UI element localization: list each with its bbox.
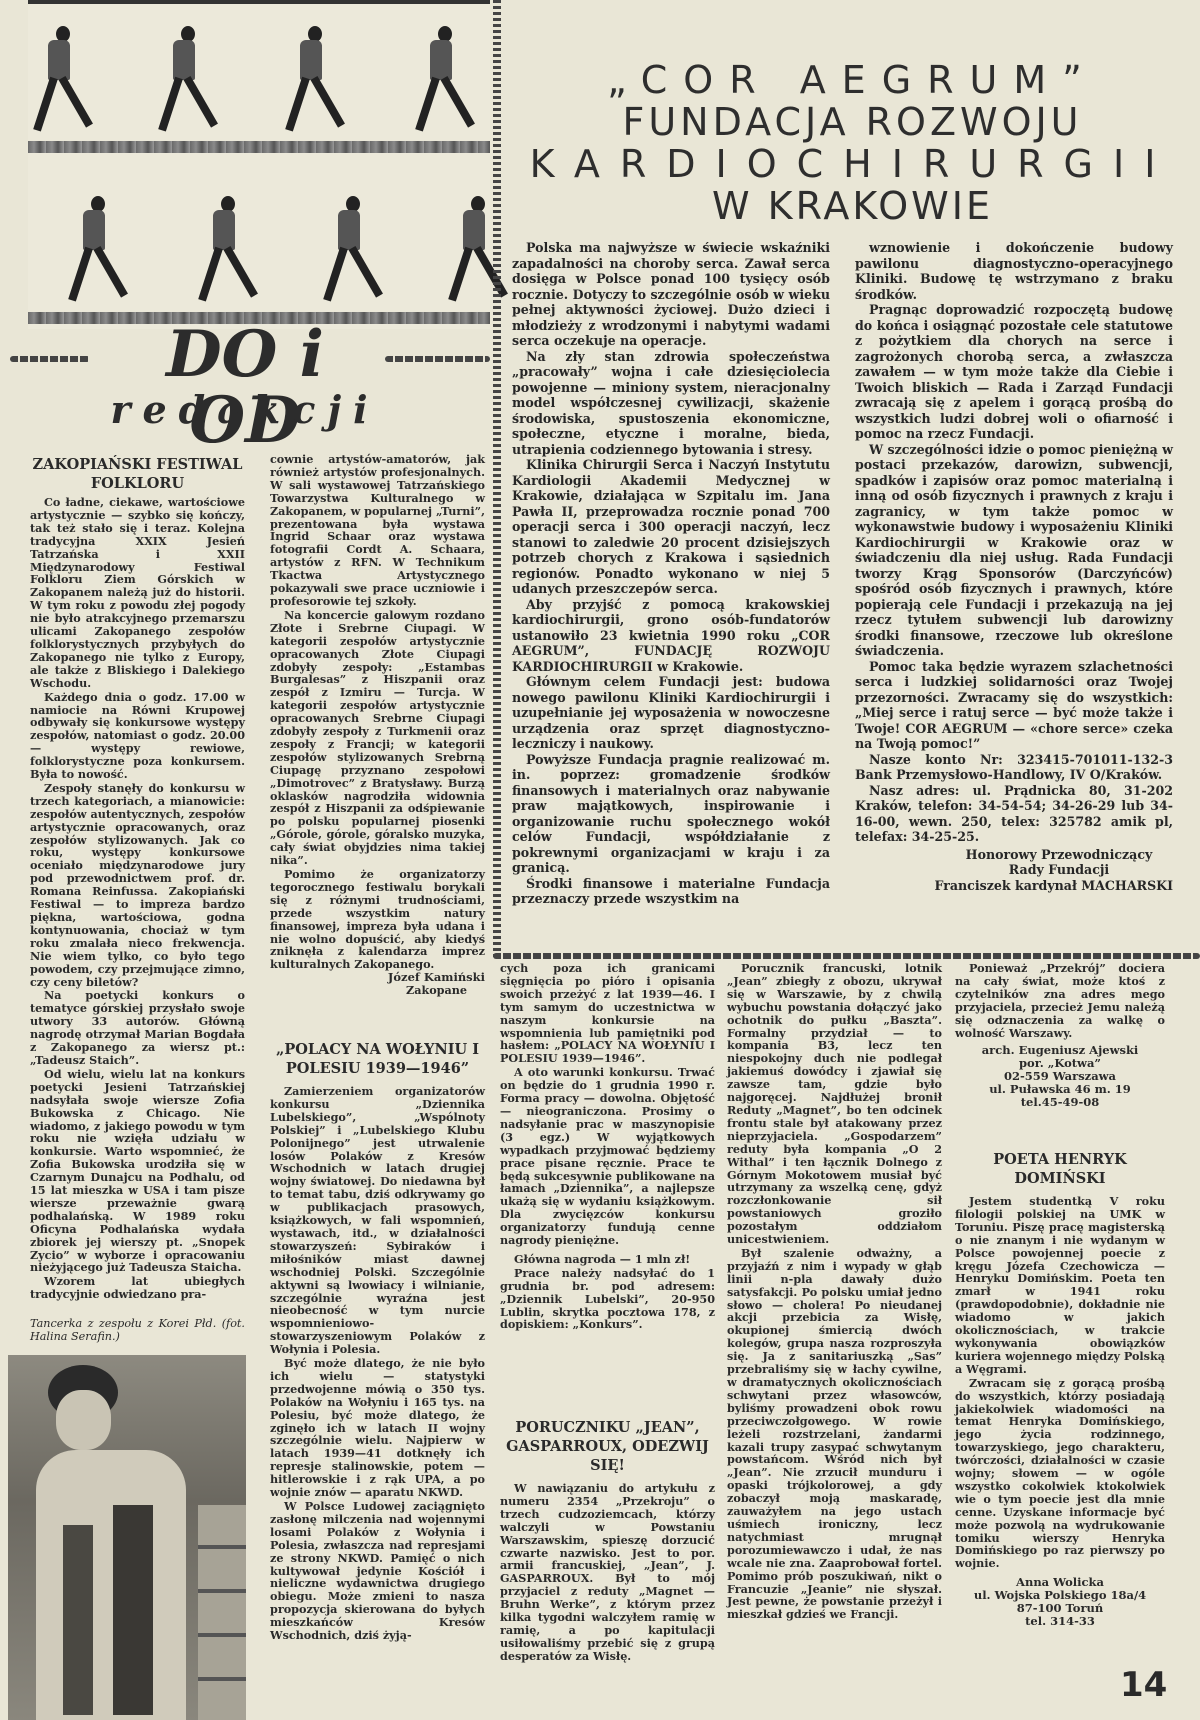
paragraph: Głównym celem Fundacji jest: budowa nowe…: [512, 674, 830, 752]
porucznik-column-2: Porucznik francuski, lotnik „Jean” zbieg…: [727, 962, 942, 1621]
signature-line: Rady Fundacji: [945, 862, 1173, 878]
banner-line-2: FUNDACJA ROZWOJU: [505, 100, 1200, 144]
paragraph: Nasz adres: ul. Prądnicka 80, 31-202 Kra…: [855, 783, 1173, 845]
paragraph: Zwracam się z gorącą prośbą do wszystkic…: [955, 1377, 1165, 1571]
paragraph: W nawiązaniu do artykułu z numeru 2354 „…: [500, 1482, 715, 1663]
paragraph: Pomoc taka będzie wyrazem szlachetności …: [855, 659, 1173, 752]
signature-block: arch. Eugeniusz Ajewski por. „Kotwa” 02-…: [955, 1044, 1165, 1109]
cor-aegrum-column-2: wznowienie i dokończenie budowy pawilonu…: [855, 240, 1173, 893]
wavy-ornament: [10, 356, 90, 362]
paragraph: Był szalenie odważny, a przyjaźń z nim i…: [727, 1247, 942, 1621]
author-place: Zakopane: [270, 984, 485, 997]
signature-line: tel. 314-33: [955, 1615, 1165, 1628]
article-heading: ZAKOPIAŃSKI FESTIWAL FOLKLORU: [30, 455, 245, 493]
paragraph: Nasze konto Nr: 323415-701011-132-3 Bank…: [855, 752, 1173, 783]
paragraph: cownie artystów-amatorów, jak również ar…: [270, 453, 485, 608]
festival-column-1: Co ładne, ciekawe, wartościowe artystycz…: [30, 496, 245, 1301]
dancer-photo: [8, 1355, 246, 1720]
paragraph: Być może dlatego, że nie było ich wielu …: [270, 1357, 485, 1499]
runner-figure: [163, 26, 203, 136]
runner-figure: [328, 196, 368, 306]
paragraph: Pragnąc doprowadzić rozpoczętą budowę do…: [855, 302, 1173, 442]
signature-block: Anna Wolicka ul. Wojska Polskiego 18a/4 …: [955, 1576, 1165, 1628]
article-heading: „POLACY NA WOŁYNIU I POLESIU 1939—1946”: [270, 1040, 485, 1078]
runner-figure: [38, 26, 78, 136]
paragraph: Porucznik francuski, lotnik „Jean” zbieg…: [727, 962, 942, 1246]
polacy-column-1: Zamierzeniem organizatorów konkursu „Dzi…: [270, 1085, 485, 1642]
page-number: 14: [1120, 1665, 1167, 1705]
prize-line: Główna nagroda — 1 mln zł!: [500, 1253, 715, 1266]
paragraph: Polska ma najwyższe w świecie wskaźniki …: [512, 240, 830, 349]
runner-figure: [453, 196, 493, 306]
paragraph: Na zły stan zdrowia społeczeństwa „praco…: [512, 349, 830, 458]
paragraph: W szczególności idzie o pomoc pieniężną …: [855, 442, 1173, 659]
paragraph: Co ładne, ciekawe, wartościowe artystycz…: [30, 496, 245, 690]
runner-figure: [290, 26, 330, 136]
runner-figure: [420, 26, 460, 136]
paragraph: Pomimo że organizatorzy tegorocznego fes…: [270, 868, 485, 971]
track-strip: [28, 141, 490, 153]
paragraph: cych poza ich granicami sięgnięcia po pi…: [500, 962, 715, 1065]
signature-name: Franciszek kardynał MACHARSKI: [855, 878, 1173, 894]
porucznik-column-1: W nawiązaniu do artykułu z numeru 2354 „…: [500, 1482, 715, 1663]
porucznik-column-3: Ponieważ „Przekrój” dociera na cały świa…: [955, 962, 1165, 1109]
photo-caption: Tancerka z zespołu z Korei Płd. (fot. Ha…: [30, 1318, 245, 1344]
wavy-ornament: [385, 356, 490, 362]
festival-column-2: cownie artystów-amatorów, jak również ar…: [270, 453, 485, 997]
signature-line: Honorowy Przewodniczący: [945, 847, 1173, 863]
paragraph: Jestem studentką V roku filologii polski…: [955, 1195, 1165, 1376]
banner-line-4: W KRAKOWIE: [505, 184, 1200, 228]
paragraph: Każdego dnia o godz. 17.00 w namiocie na…: [30, 691, 245, 781]
paragraph: Środki finansowe i materialne Fundacja p…: [512, 876, 830, 907]
runners-photo: [28, 0, 490, 329]
article-heading: POETA HENRYK DOMIŃSKI: [955, 1150, 1165, 1188]
paragraph: wznowienie i dokończenie budowy pawilonu…: [855, 240, 1173, 302]
paragraph: Zamierzeniem organizatorów konkursu „Dzi…: [270, 1085, 485, 1356]
article-heading: PORUCZNIKU „JEAN”, GASPARROUX, ODEZWIJ S…: [505, 1418, 710, 1475]
paragraph: Klinika Chirurgii Serca i Naczyń Instytu…: [512, 457, 830, 597]
wavy-border-bottom: [493, 953, 1200, 959]
banner-line-3: KARDIOCHIRURGII: [505, 142, 1200, 186]
paragraph: A oto warunki konkursu. Trwać on będzie …: [500, 1066, 715, 1247]
cor-aegrum-column-1: Polska ma najwyższe w świecie wskaźniki …: [512, 240, 830, 907]
paragraph: Powyższe Fundacja pragnie realizować m. …: [512, 752, 830, 876]
wavy-border-left: [493, 0, 501, 957]
paragraph: Wzorem lat ubiegłych tradycyjnie odwiedz…: [30, 1275, 245, 1301]
signature-block: Honorowy Przewodniczący Rady Fundacji: [855, 847, 1173, 878]
polacy-column-2: cych poza ich granicami sięgnięcia po pi…: [500, 962, 715, 1331]
banner-line-1: „COR AEGRUM”: [505, 58, 1200, 102]
paragraph: Na poetycki konkurs o tematyce górskiej …: [30, 989, 245, 1066]
poeta-body: Jestem studentką V roku filologii polski…: [955, 1195, 1165, 1628]
section-subtitle: redakcji: [95, 388, 395, 432]
paragraph: Od wielu, wielu lat na konkurs poetycki …: [30, 1068, 245, 1275]
paragraph: Zespoły stanęły do konkursu w trzech kat…: [30, 782, 245, 989]
paragraph: W Polsce Ludowej zaciągnięto zasłonę mil…: [270, 1500, 485, 1642]
paragraph: Aby przyjść z pomocą krakowskiej kardioc…: [512, 597, 830, 675]
runner-figure: [73, 196, 113, 306]
paragraph: Na koncercie galowym rozdano Złote i Sre…: [270, 609, 485, 867]
paragraph: Prace należy nadsyłać do 1 grudnia br. p…: [500, 1267, 715, 1332]
runner-figure: [203, 196, 243, 306]
signature-line: tel.45-49-08: [955, 1096, 1165, 1109]
paragraph: Ponieważ „Przekrój” dociera na cały świa…: [955, 962, 1165, 1039]
